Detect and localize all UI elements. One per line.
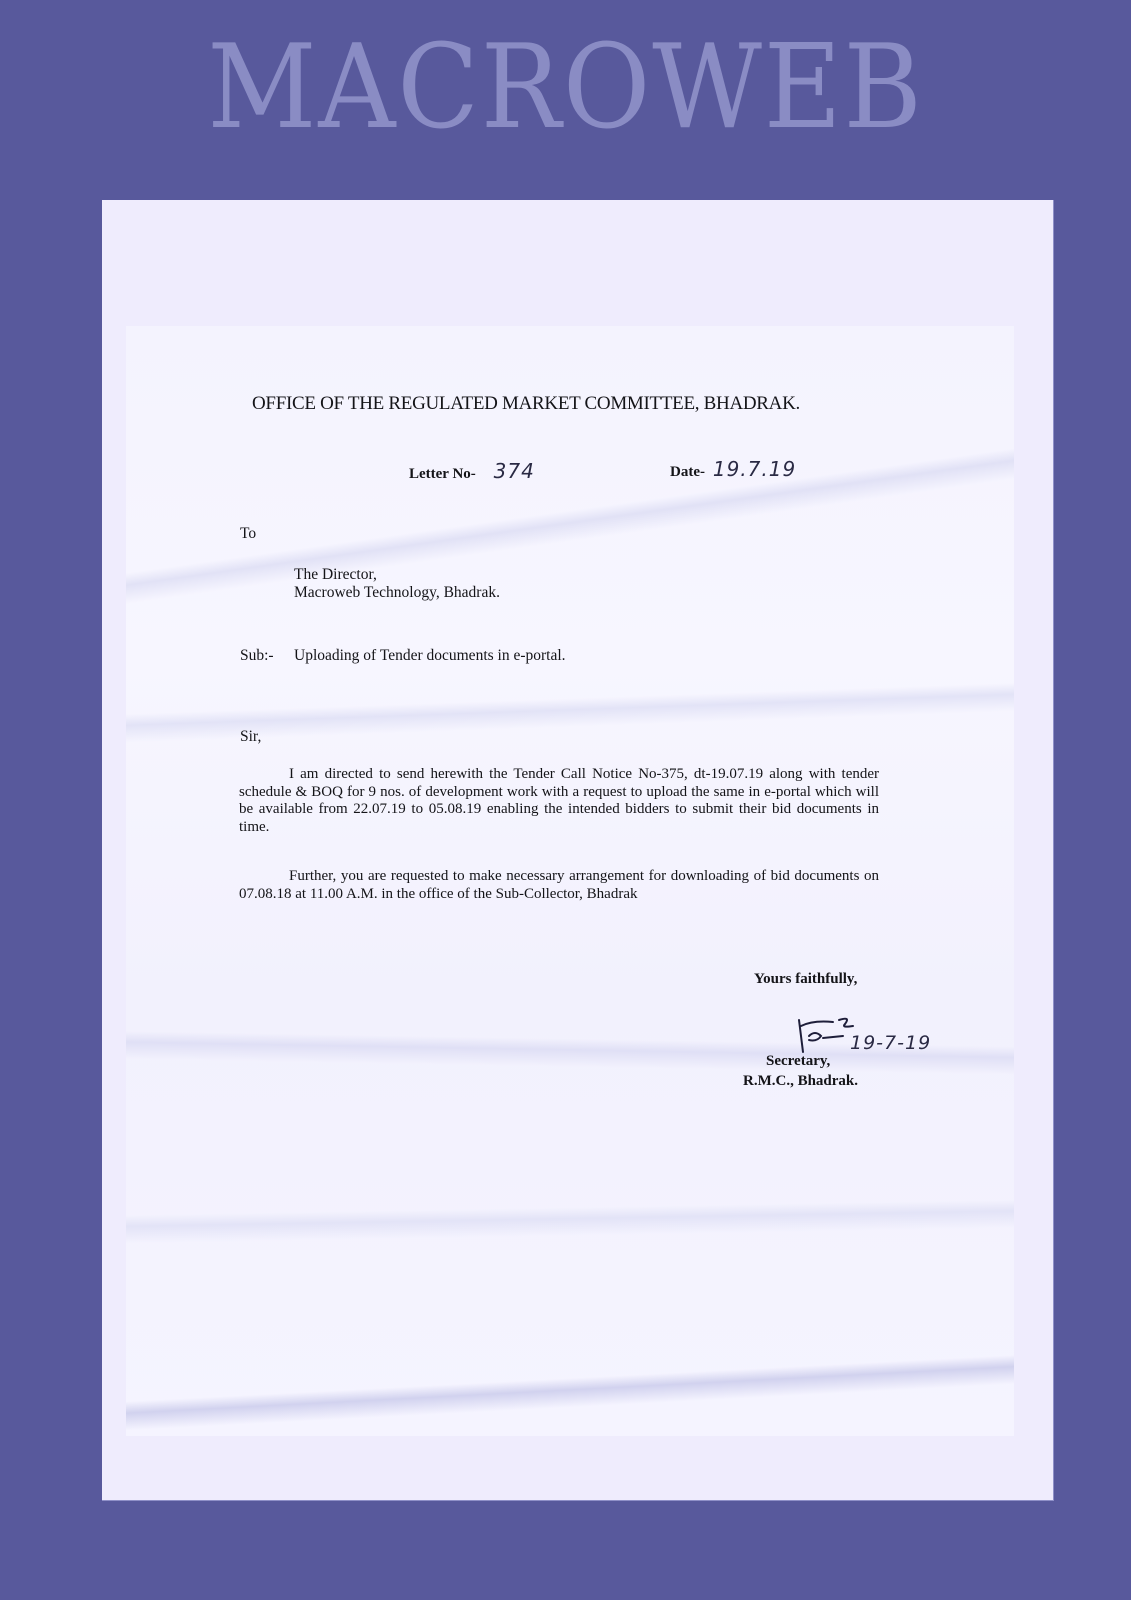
to-label: To [240, 525, 256, 543]
scanned-letter: OFFICE OF THE REGULATED MARKET COMMITTEE… [126, 326, 1014, 1436]
letter-date-value: 19.7.19 [713, 457, 796, 481]
closing: Yours faithfully, [754, 970, 857, 988]
signatory-title: Secretary, [766, 1052, 830, 1070]
letter-date-row: Date- 19.7.19 [670, 460, 796, 481]
body-paragraph-2: Further, you are requested to make neces… [239, 868, 879, 903]
letter-number-row: Letter No- 374 [409, 462, 535, 483]
subject-label: Sub:- [240, 647, 274, 665]
recipient-line-1: The Director, [294, 566, 377, 584]
letter-number-label: Letter No- [409, 466, 476, 482]
signature-date: 19-7-19 [850, 1034, 931, 1052]
letter-number-value: 374 [494, 459, 535, 483]
brand-title: MACROWEB [45, 28, 1086, 148]
body-paragraph-1: I am directed to send herewith the Tende… [239, 766, 879, 836]
recipient-line-2: Macroweb Technology, Bhadrak. [294, 584, 500, 602]
subject-text: Uploading of Tender documents in e-porta… [294, 647, 566, 665]
signatory-organization: R.M.C., Bhadrak. [743, 1072, 858, 1090]
body-paragraph-1-text: I am directed to send herewith the Tende… [239, 766, 879, 835]
salutation: Sir, [240, 728, 261, 746]
letter-date-label: Date- [670, 464, 705, 480]
body-paragraph-2-text: Further, you are requested to make neces… [239, 868, 879, 902]
letter-heading: OFFICE OF THE REGULATED MARKET COMMITTEE… [252, 395, 800, 413]
